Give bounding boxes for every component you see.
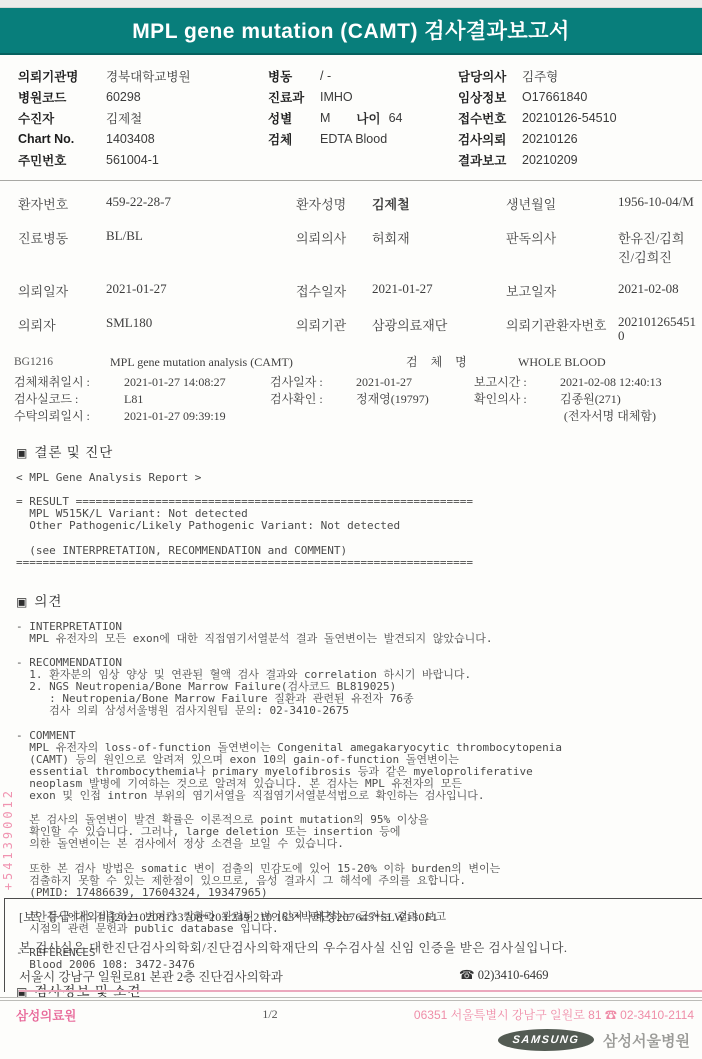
field-value: 정재영(19797) <box>356 391 474 408</box>
conclusion-body: < MPL Gene Analysis Report > = RESULT ==… <box>0 472 702 569</box>
requester-info-box: 의뢰기관명경북대학교병원 병원코드60298 수진자김제철 Chart No.1… <box>0 55 702 176</box>
field-value: 2021-01-27 <box>106 281 296 300</box>
hospital-logo-row: SAMSUNG 삼성서울병원 <box>0 1023 702 1059</box>
field-label: 수진자 <box>18 109 106 127</box>
test-meta-row: 검사실코드 :L81 검사확인 :정재영(19797) 확인의사 :김종원(27… <box>14 391 696 408</box>
field-label: 환자번호 <box>18 194 106 213</box>
field-label: 검사실코드 : <box>14 391 124 408</box>
footer-area: [보안등급:대외비]20210208133708*203.249.210.163… <box>0 898 702 1059</box>
field-value: 한유진/김희진/김희진 <box>618 228 696 266</box>
field-label: 의뢰기관명 <box>18 67 106 85</box>
field-label: 검사확인 : <box>270 391 356 408</box>
opinion-heading-text: 의견 <box>34 594 62 609</box>
field-value: EDTA Blood <box>320 132 387 146</box>
field-label: 진료과 <box>268 88 320 106</box>
field-label: Chart No. <box>18 132 106 146</box>
lab-address: 서울시 강남구 일원로81 본관 2층 진단검사의학과 <box>19 967 459 985</box>
report-page: MPL gene mutation (CAMT) 검사결과보고서 의뢰기관명경북… <box>0 0 702 1059</box>
page-number: 1/2 <box>200 1007 340 1022</box>
field-value: 202101265451 0 <box>618 315 696 343</box>
patient-info-table: 환자번호459-22-28-7 환자성명김제철 생년월일1956-10-04/M… <box>0 181 702 351</box>
info-row: 검체EDTA Blood <box>268 128 458 149</box>
field-value: 2021-02-08 <box>618 281 696 300</box>
field-value: 64 <box>389 111 403 125</box>
field-label: 수탁의뢰일시 : <box>14 408 124 425</box>
organization-name: 삼성의료원 <box>0 1006 200 1024</box>
field-label: 의뢰의사 <box>296 228 372 266</box>
info-column-2: 병동/ - 진료과IMHO 성별M나이64 검체EDTA Blood <box>268 65 458 170</box>
field-value: 459-22-28-7 <box>106 194 296 213</box>
field-label: 의뢰자 <box>18 315 106 343</box>
square-bullet-icon: ▣ <box>16 595 28 609</box>
test-meta-block: BG1216 MPL gene mutation analysis (CAMT)… <box>0 351 702 425</box>
field-label: 판독의사 <box>506 228 618 266</box>
field-label: 보고일자 <box>506 281 618 300</box>
info-row: 임상정보O17661840 <box>458 86 692 107</box>
field-label: 접수일자 <box>296 281 372 300</box>
info-row: 검사의뢰20210126 <box>458 128 692 149</box>
field-value: 1956-10-04/M <box>618 194 696 213</box>
field-label: 접수번호 <box>458 109 522 127</box>
info-row: 수진자김제철 <box>18 107 268 128</box>
field-value: O17661840 <box>522 90 587 104</box>
field-value: 허회재 <box>372 228 506 266</box>
report-title: MPL gene mutation (CAMT) 검사결과보고서 <box>0 8 702 55</box>
info-row: 담당의사김주형 <box>458 65 692 86</box>
field-label: 진료병동 <box>18 228 106 266</box>
info-row: 주민번호561004-1 <box>18 149 268 170</box>
info-row: Chart No.1403408 <box>18 128 268 149</box>
field-value: 20210209 <box>522 153 578 167</box>
field-value: 2021-01-27 09:39:19 <box>124 408 270 425</box>
square-bullet-icon: ▣ <box>16 446 28 460</box>
field-label: 주민번호 <box>18 151 106 169</box>
field-value: 2021-02-08 12:40:13 <box>560 374 696 391</box>
test-header-row: BG1216 MPL gene mutation analysis (CAMT)… <box>14 353 696 371</box>
double-divider <box>0 997 702 1001</box>
field-label: 검사일자 : <box>270 374 356 391</box>
field-label: 병원코드 <box>18 88 106 106</box>
field-value: 20210126-54510 <box>522 111 617 125</box>
field-value: IMHO <box>320 90 353 104</box>
info-row: 의뢰기관명경북대학교병원 <box>18 65 268 86</box>
field-value: 김주형 <box>522 67 558 85</box>
samsung-logo-icon: SAMSUNG <box>497 1029 595 1051</box>
specimen-value: WHOLE BLOOD <box>518 353 696 371</box>
accreditation-line: 본 검사실은 대한진단검사의학회/진단검사의학재단의 우수검사실 신임 인증을 … <box>19 938 702 956</box>
lab-address-row: 서울시 강남구 일원로81 본관 2층 진단검사의학과 ☎ 02)3410-64… <box>19 967 702 992</box>
field-label: 확인의사 : <box>474 391 560 408</box>
field-label: 의뢰일자 <box>18 281 106 300</box>
field-value: 2021-01-27 <box>372 281 506 300</box>
footer-address: 06351 서울특별시 강남구 일원로 81 ☎ 02-3410-2114 <box>340 1006 702 1023</box>
field-label: 성별 <box>268 109 320 127</box>
field-value: 경북대학교병원 <box>106 67 191 85</box>
info-row: 진료과IMHO <box>268 86 458 107</box>
patient-name: 김제철 <box>372 194 506 213</box>
field-label: 임상정보 <box>458 88 522 106</box>
field-value: SML180 <box>106 315 296 343</box>
hospital-name: 삼성서울병원 <box>603 1030 690 1051</box>
field-label: 검사의뢰 <box>458 130 522 148</box>
test-code: BG1216 <box>14 353 110 371</box>
field-value: 김제철 <box>106 109 142 127</box>
field-label: 병동 <box>268 67 320 85</box>
side-reference-code: +541390012 <box>1 788 15 890</box>
field-value: / - <box>320 69 331 83</box>
field-value: BL/BL <box>106 228 296 266</box>
top-strip <box>0 0 702 8</box>
conclusion-heading-text: 결론 및 진단 <box>34 445 113 460</box>
info-row: 병동/ - <box>268 65 458 86</box>
field-label: 검체채취일시 : <box>14 374 124 391</box>
footer-row: 삼성의료원 1/2 06351 서울특별시 강남구 일원로 81 ☎ 02-34… <box>0 1006 702 1023</box>
field-value: 561004-1 <box>106 153 159 167</box>
field-value: 1403408 <box>106 132 155 146</box>
info-column-1: 의뢰기관명경북대학교병원 병원코드60298 수진자김제철 Chart No.1… <box>18 65 268 170</box>
info-column-3: 담당의사김주형 임상정보O17661840 접수번호20210126-54510… <box>458 65 692 170</box>
info-row: 접수번호20210126-54510 <box>458 107 692 128</box>
info-row: 병원코드60298 <box>18 86 268 107</box>
field-label: 의뢰기관환자번호 <box>506 315 618 343</box>
conclusion-heading: ▣결론 및 진단 <box>0 441 702 461</box>
field-label: 보고시간 : <box>474 374 560 391</box>
field-value: 김종원(271) <box>560 391 696 408</box>
esign-note: (전자서명 대체함) <box>270 408 696 425</box>
test-meta-row: 검체채취일시 :2021-01-27 14:08:27 검사일자 :2021-0… <box>14 374 696 391</box>
field-value: L81 <box>124 391 270 408</box>
field-label: 검체 <box>268 130 320 148</box>
field-label: 담당의사 <box>458 67 522 85</box>
field-value: 60298 <box>106 90 141 104</box>
security-info-box: [보안등급:대외비]20210208133708*203.249.210.163… <box>4 898 702 992</box>
field-value: 20210126 <box>522 132 578 146</box>
field-label: 의뢰기관 <box>296 315 372 343</box>
info-row: 성별M나이64 <box>268 107 458 128</box>
test-meta-row: 수탁의뢰일시 :2021-01-27 09:39:19 (전자서명 대체함) <box>14 408 696 425</box>
specimen-label: 검 체 명 <box>406 353 518 371</box>
field-value: 2021-01-27 <box>356 374 474 391</box>
field-value: 2021-01-27 14:08:27 <box>124 374 270 391</box>
test-name: MPL gene mutation analysis (CAMT) <box>110 353 406 371</box>
field-label: 나이 <box>356 109 380 127</box>
field-value: M <box>320 111 330 125</box>
field-label: 결과보고 <box>458 151 522 169</box>
field-label: 생년월일 <box>506 194 618 213</box>
field-label: 환자성명 <box>296 194 372 213</box>
opinion-heading: ▣의견 <box>0 590 702 610</box>
lab-phone: ☎ 02)3410-6469 <box>459 967 549 985</box>
info-row: 결과보고20210209 <box>458 149 692 170</box>
security-line: [보안등급:대외비]20210208133708*203.249.210.163… <box>19 908 702 925</box>
field-value: 삼광의료재단 <box>372 315 506 343</box>
